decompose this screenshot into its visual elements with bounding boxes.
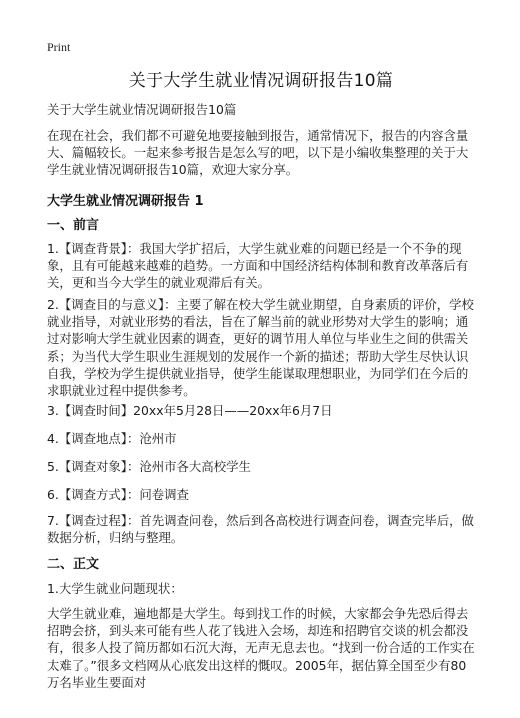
section-heading-preface: 一、前言: [47, 214, 99, 233]
item-process: 7.【调查过程】：首先调查问卷，然后到各高校进行调查问卷，调查完毕后，做数据分析…: [47, 512, 475, 546]
sub-heading-status: 1.大学生就业问题现状：: [47, 580, 475, 597]
body-paragraph: 大学生就业难，遍地都是大学生。每到找工作的时候，大家都会争先恐后得去招聘会挤，到…: [47, 605, 475, 691]
document-subtitle: 关于大学生就业情况调研报告10篇: [47, 101, 475, 118]
intro-paragraph: 在现在社会，我们都不可避免地要接触到报告，通常情况下，报告的内容含量大、篇幅较长…: [47, 127, 475, 179]
item-time: 3.【调查时间】20xx年5月28日——20xx年6月7日: [47, 402, 475, 419]
item-method: 6.【调查方式】：问卷调查: [47, 486, 475, 503]
item-location: 4.【调查地点】：沧州市: [47, 430, 475, 447]
item-background: 1.【调查背景】：我国大学扩招后，大学生就业难的问题已经是一个不争的现象，且有可…: [47, 240, 475, 292]
item-subjects: 5.【调查对象】：沧州市各大高校学生: [47, 458, 475, 475]
item-purpose: 2.【调查目的与意义】：主要了解在校大学生就业期望，自身素质的评价，学校就业指导…: [47, 296, 475, 399]
print-label[interactable]: Print: [47, 40, 70, 55]
report-heading: 大学生就业情况调研报告 1: [47, 190, 204, 209]
section-heading-body: 二、正文: [47, 553, 99, 572]
document-title: 关于大学生就业情况调研报告10篇: [47, 66, 475, 91]
